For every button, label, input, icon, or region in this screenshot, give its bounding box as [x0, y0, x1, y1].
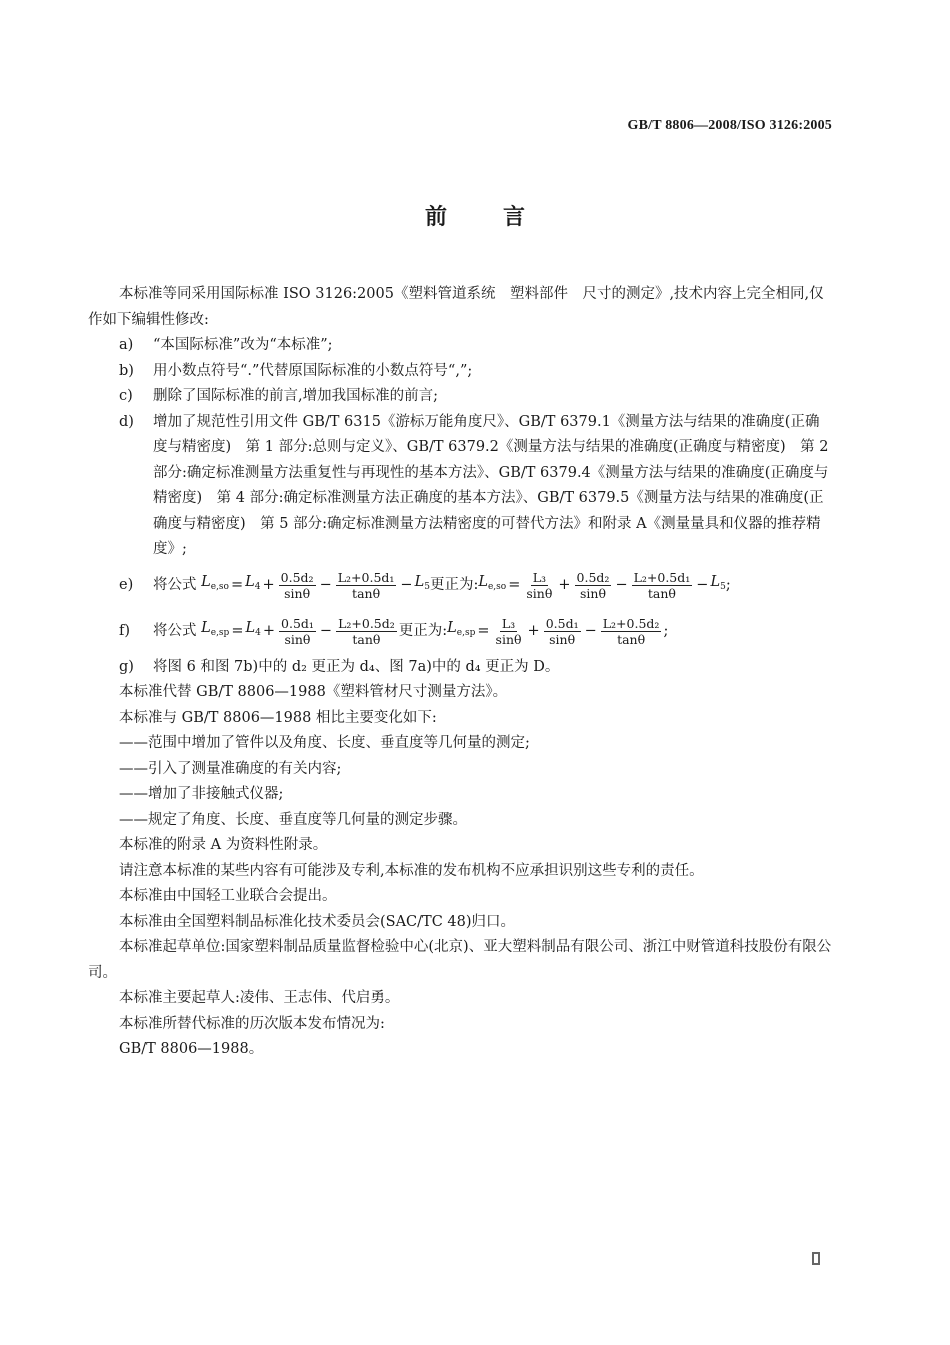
- formula-lhs: Le,so: [201, 570, 229, 601]
- equals: =: [231, 619, 243, 645]
- var: L: [710, 574, 720, 590]
- equals: =: [477, 619, 489, 645]
- formula-prefix: 将公式: [153, 619, 197, 645]
- fraction: 0.5d₁sinθ: [544, 616, 581, 647]
- fraction: 0.5d₂sinθ: [279, 570, 316, 601]
- term-l5: L5: [710, 570, 725, 601]
- plus: +: [558, 573, 570, 599]
- numerator: L₂+0.5d₂: [601, 616, 662, 632]
- document-body: 本标准等同采用国际标准 ISO 3126:2005《塑料管道系统 塑料部件 尺寸…: [88, 282, 833, 1063]
- denominator: sinθ: [282, 586, 312, 601]
- numerator: 0.5d₁: [279, 616, 316, 632]
- changes-intro: 本标准与 GB/T 8806—1988 相比主要变化如下:: [88, 706, 833, 732]
- denominator: sinθ: [524, 586, 554, 601]
- fraction: 0.5d₂sinθ: [575, 570, 612, 601]
- change-item: ——引入了测量准确度的有关内容;: [88, 757, 833, 783]
- plus: +: [528, 619, 540, 645]
- var: L: [201, 620, 211, 636]
- subscript: 4: [255, 582, 261, 592]
- term-l5: L5: [415, 570, 430, 601]
- subscript: e,so: [488, 582, 506, 592]
- item-label: c): [119, 384, 153, 410]
- formula-mid: 更正为:: [399, 619, 447, 645]
- numerator: L₂+0.5d₁: [336, 570, 397, 586]
- item-text: 将图 6 和图 7b)中的 d₂ 更正为 d₄、图 7a)中的 d₄ 更正为 D…: [153, 655, 833, 681]
- fraction: L₂+0.5d₂tanθ: [601, 616, 662, 647]
- item-label: b): [119, 359, 153, 385]
- fraction: 0.5d₁sinθ: [279, 616, 316, 647]
- committee-note: 本标准由全国塑料制品标准化技术委员会(SAC/TC 48)归口。: [88, 910, 833, 936]
- formula-end: ;: [663, 619, 668, 645]
- numerator: 0.5d₂: [279, 570, 316, 586]
- page-number-roman-3: [812, 1252, 820, 1265]
- patent-note: 请注意本标准的某些内容有可能涉及专利,本标准的发布机构不应承担识别这些专利的责任…: [88, 859, 833, 885]
- item-label: d): [119, 410, 153, 563]
- replaces-paragraph: 本标准代替 GB/T 8806—1988《塑料管材尺寸测量方法》。: [88, 680, 833, 706]
- subscript: e,so: [211, 582, 229, 592]
- history-version: GB/T 8806—1988。: [88, 1037, 833, 1063]
- minus: −: [320, 619, 332, 645]
- subscript: e,sp: [211, 628, 230, 638]
- subscript: 4: [255, 628, 261, 638]
- formula-lhs: Le,sp: [201, 616, 229, 647]
- formula-prefix: 将公式: [153, 573, 197, 599]
- fraction: L₂+0.5d₁tanθ: [336, 570, 397, 601]
- formula-lhs: Le,sp: [447, 616, 475, 647]
- item-label: a): [119, 333, 153, 359]
- numerator: L₃: [531, 570, 548, 586]
- denominator: sinθ: [282, 632, 312, 647]
- numerator: 0.5d₂: [575, 570, 612, 586]
- fraction: L₃sinθ: [494, 616, 524, 647]
- list-item-d: d) 增加了规范性引用文件 GB/T 6315《游标万能角度尺》、GB/T 63…: [88, 410, 833, 563]
- denominator: sinθ: [494, 632, 524, 647]
- change-item: ——范围中增加了管件以及角度、长度、垂直度等几何量的测定;: [88, 731, 833, 757]
- formula-end: ;: [726, 573, 731, 599]
- equals: =: [508, 573, 520, 599]
- term-l4: L4: [245, 570, 260, 601]
- denominator: tanθ: [350, 586, 382, 601]
- formula-lhs: Le,so: [478, 570, 506, 601]
- numerator: L₂+0.5d₁: [632, 570, 693, 586]
- plus: +: [263, 573, 275, 599]
- minus: −: [320, 573, 332, 599]
- minus: −: [400, 573, 412, 599]
- fraction: L₂+0.5d₂tanθ: [336, 616, 397, 647]
- change-item: ——规定了角度、长度、垂直度等几何量的测定步骤。: [88, 808, 833, 834]
- subscript: e,sp: [457, 628, 476, 638]
- equals: =: [231, 573, 243, 599]
- change-item: ——增加了非接触式仪器;: [88, 782, 833, 808]
- list-item-a: a) “本国际标准”改为“本标准”;: [88, 333, 833, 359]
- fraction: L₃sinθ: [524, 570, 554, 601]
- annex-note: 本标准的附录 A 为资料性附录。: [88, 833, 833, 859]
- page-title: 前言: [0, 200, 950, 231]
- item-text: 删除了国际标准的前言,增加我国标准的前言;: [153, 384, 833, 410]
- formula-mid: 更正为:: [430, 573, 478, 599]
- denominator: tanθ: [646, 586, 678, 601]
- numerator: 0.5d₁: [544, 616, 581, 632]
- item-label: e): [119, 573, 153, 599]
- intro-paragraph: 本标准等同采用国际标准 ISO 3126:2005《塑料管道系统 塑料部件 尺寸…: [88, 282, 833, 333]
- item-text: 增加了规范性引用文件 GB/T 6315《游标万能角度尺》、GB/T 6379.…: [153, 410, 833, 563]
- list-item-e-formula: e) 将公式 Le,so = L4 + 0.5d₂sinθ − L₂+0.5d₁…: [88, 563, 833, 609]
- minus: −: [615, 573, 627, 599]
- title-char-2: 言: [503, 200, 525, 231]
- var: L: [245, 574, 255, 590]
- list-item-c: c) 删除了国际标准的前言,增加我国标准的前言;: [88, 384, 833, 410]
- proposer-note: 本标准由中国轻工业联合会提出。: [88, 884, 833, 910]
- item-text: “本国际标准”改为“本标准”;: [153, 333, 833, 359]
- numerator: L₂+0.5d₂: [336, 616, 397, 632]
- item-text: 用小数点符号“.”代替原国际标准的小数点符号“,”;: [153, 359, 833, 385]
- var: L: [245, 620, 255, 636]
- item-label: g): [119, 655, 153, 681]
- var: L: [447, 620, 457, 636]
- drafting-units: 本标准起草单位:国家塑料制品质量监督检验中心(北京)、亚大塑料制品有限公司、浙江…: [88, 935, 833, 986]
- denominator: tanθ: [350, 632, 382, 647]
- item-label: f): [119, 619, 153, 645]
- numerator: L₃: [500, 616, 517, 632]
- minus: −: [585, 619, 597, 645]
- drafters: 本标准主要起草人:凌伟、王志伟、代启勇。: [88, 986, 833, 1012]
- var: L: [201, 574, 211, 590]
- list-item-f-formula: f) 将公式 Le,sp = L4 + 0.5d₁sinθ − L₂+0.5d₂…: [88, 609, 833, 655]
- history-intro: 本标准所替代标准的历次版本发布情况为:: [88, 1012, 833, 1038]
- list-item-g: g) 将图 6 和图 7b)中的 d₂ 更正为 d₄、图 7a)中的 d₄ 更正…: [88, 655, 833, 681]
- standard-code-header: GB/T 8806—2008/ISO 3126:2005: [628, 118, 832, 134]
- plus: +: [263, 619, 275, 645]
- denominator: tanθ: [615, 632, 647, 647]
- fraction: L₂+0.5d₁tanθ: [632, 570, 693, 601]
- denominator: sinθ: [578, 586, 608, 601]
- list-item-b: b) 用小数点符号“.”代替原国际标准的小数点符号“,”;: [88, 359, 833, 385]
- var: L: [478, 574, 488, 590]
- denominator: sinθ: [547, 632, 577, 647]
- var: L: [415, 574, 425, 590]
- title-char-1: 前: [425, 200, 447, 231]
- term-l4: L4: [245, 616, 260, 647]
- minus: −: [696, 573, 708, 599]
